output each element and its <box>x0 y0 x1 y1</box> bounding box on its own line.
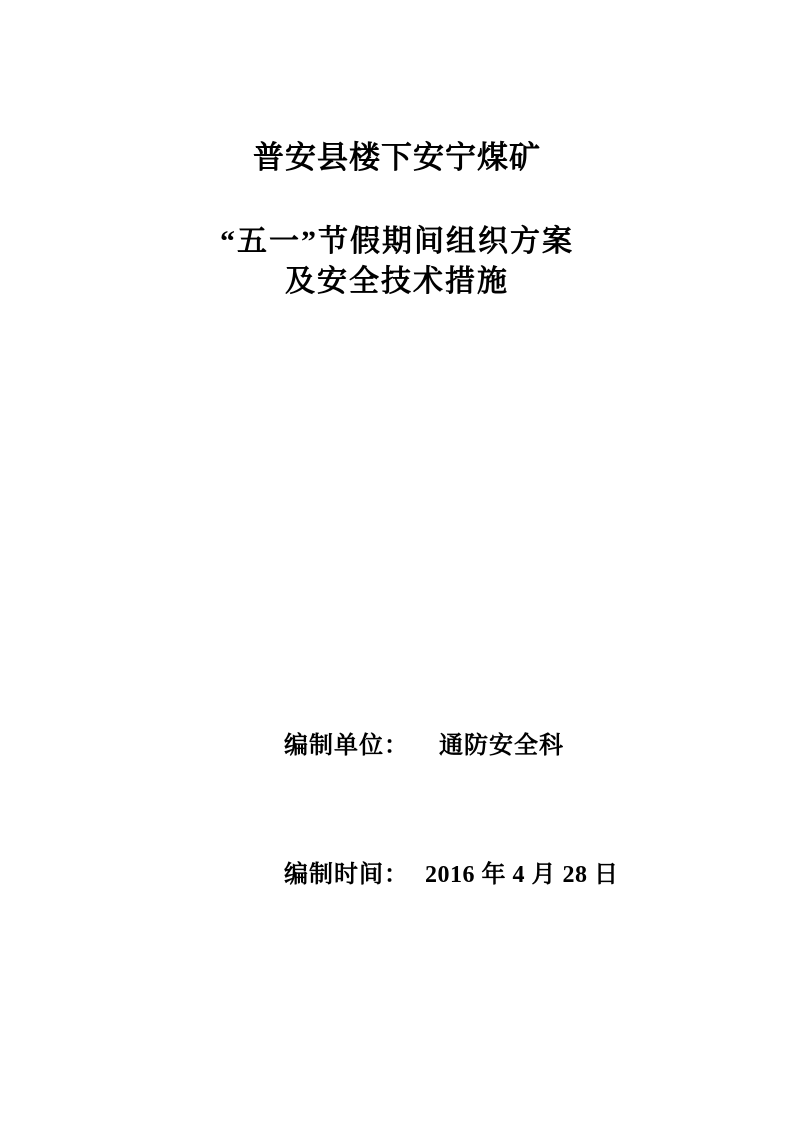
subtitle-line-2: 及安全技术措施 <box>0 262 794 302</box>
credit-unit-label: 编制单位： <box>284 733 409 759</box>
credits-block: 编制单位：通防安全科 编制时间：2016 年 4 月 28 日 <box>248 682 619 940</box>
document-title: 普安县楼下安宁煤矿 <box>0 138 794 178</box>
credit-unit-value: 通防安全科 <box>439 733 564 759</box>
credit-line-unit: 编制单位：通防安全科 <box>248 682 619 811</box>
credit-line-date: 编制时间：2016 年 4 月 28 日 <box>248 811 619 940</box>
document-subtitle: “五一”节假期间组织方案 及安全技术措施 <box>0 222 794 302</box>
credit-date-value: 2016 年 4 月 28 日 <box>425 862 619 888</box>
subtitle-line-1: “五一”节假期间组织方案 <box>0 222 794 262</box>
document-page: 普安县楼下安宁煤矿 “五一”节假期间组织方案 及安全技术措施 编制单位：通防安全… <box>0 0 794 1123</box>
credit-date-label: 编制时间： <box>284 862 409 888</box>
